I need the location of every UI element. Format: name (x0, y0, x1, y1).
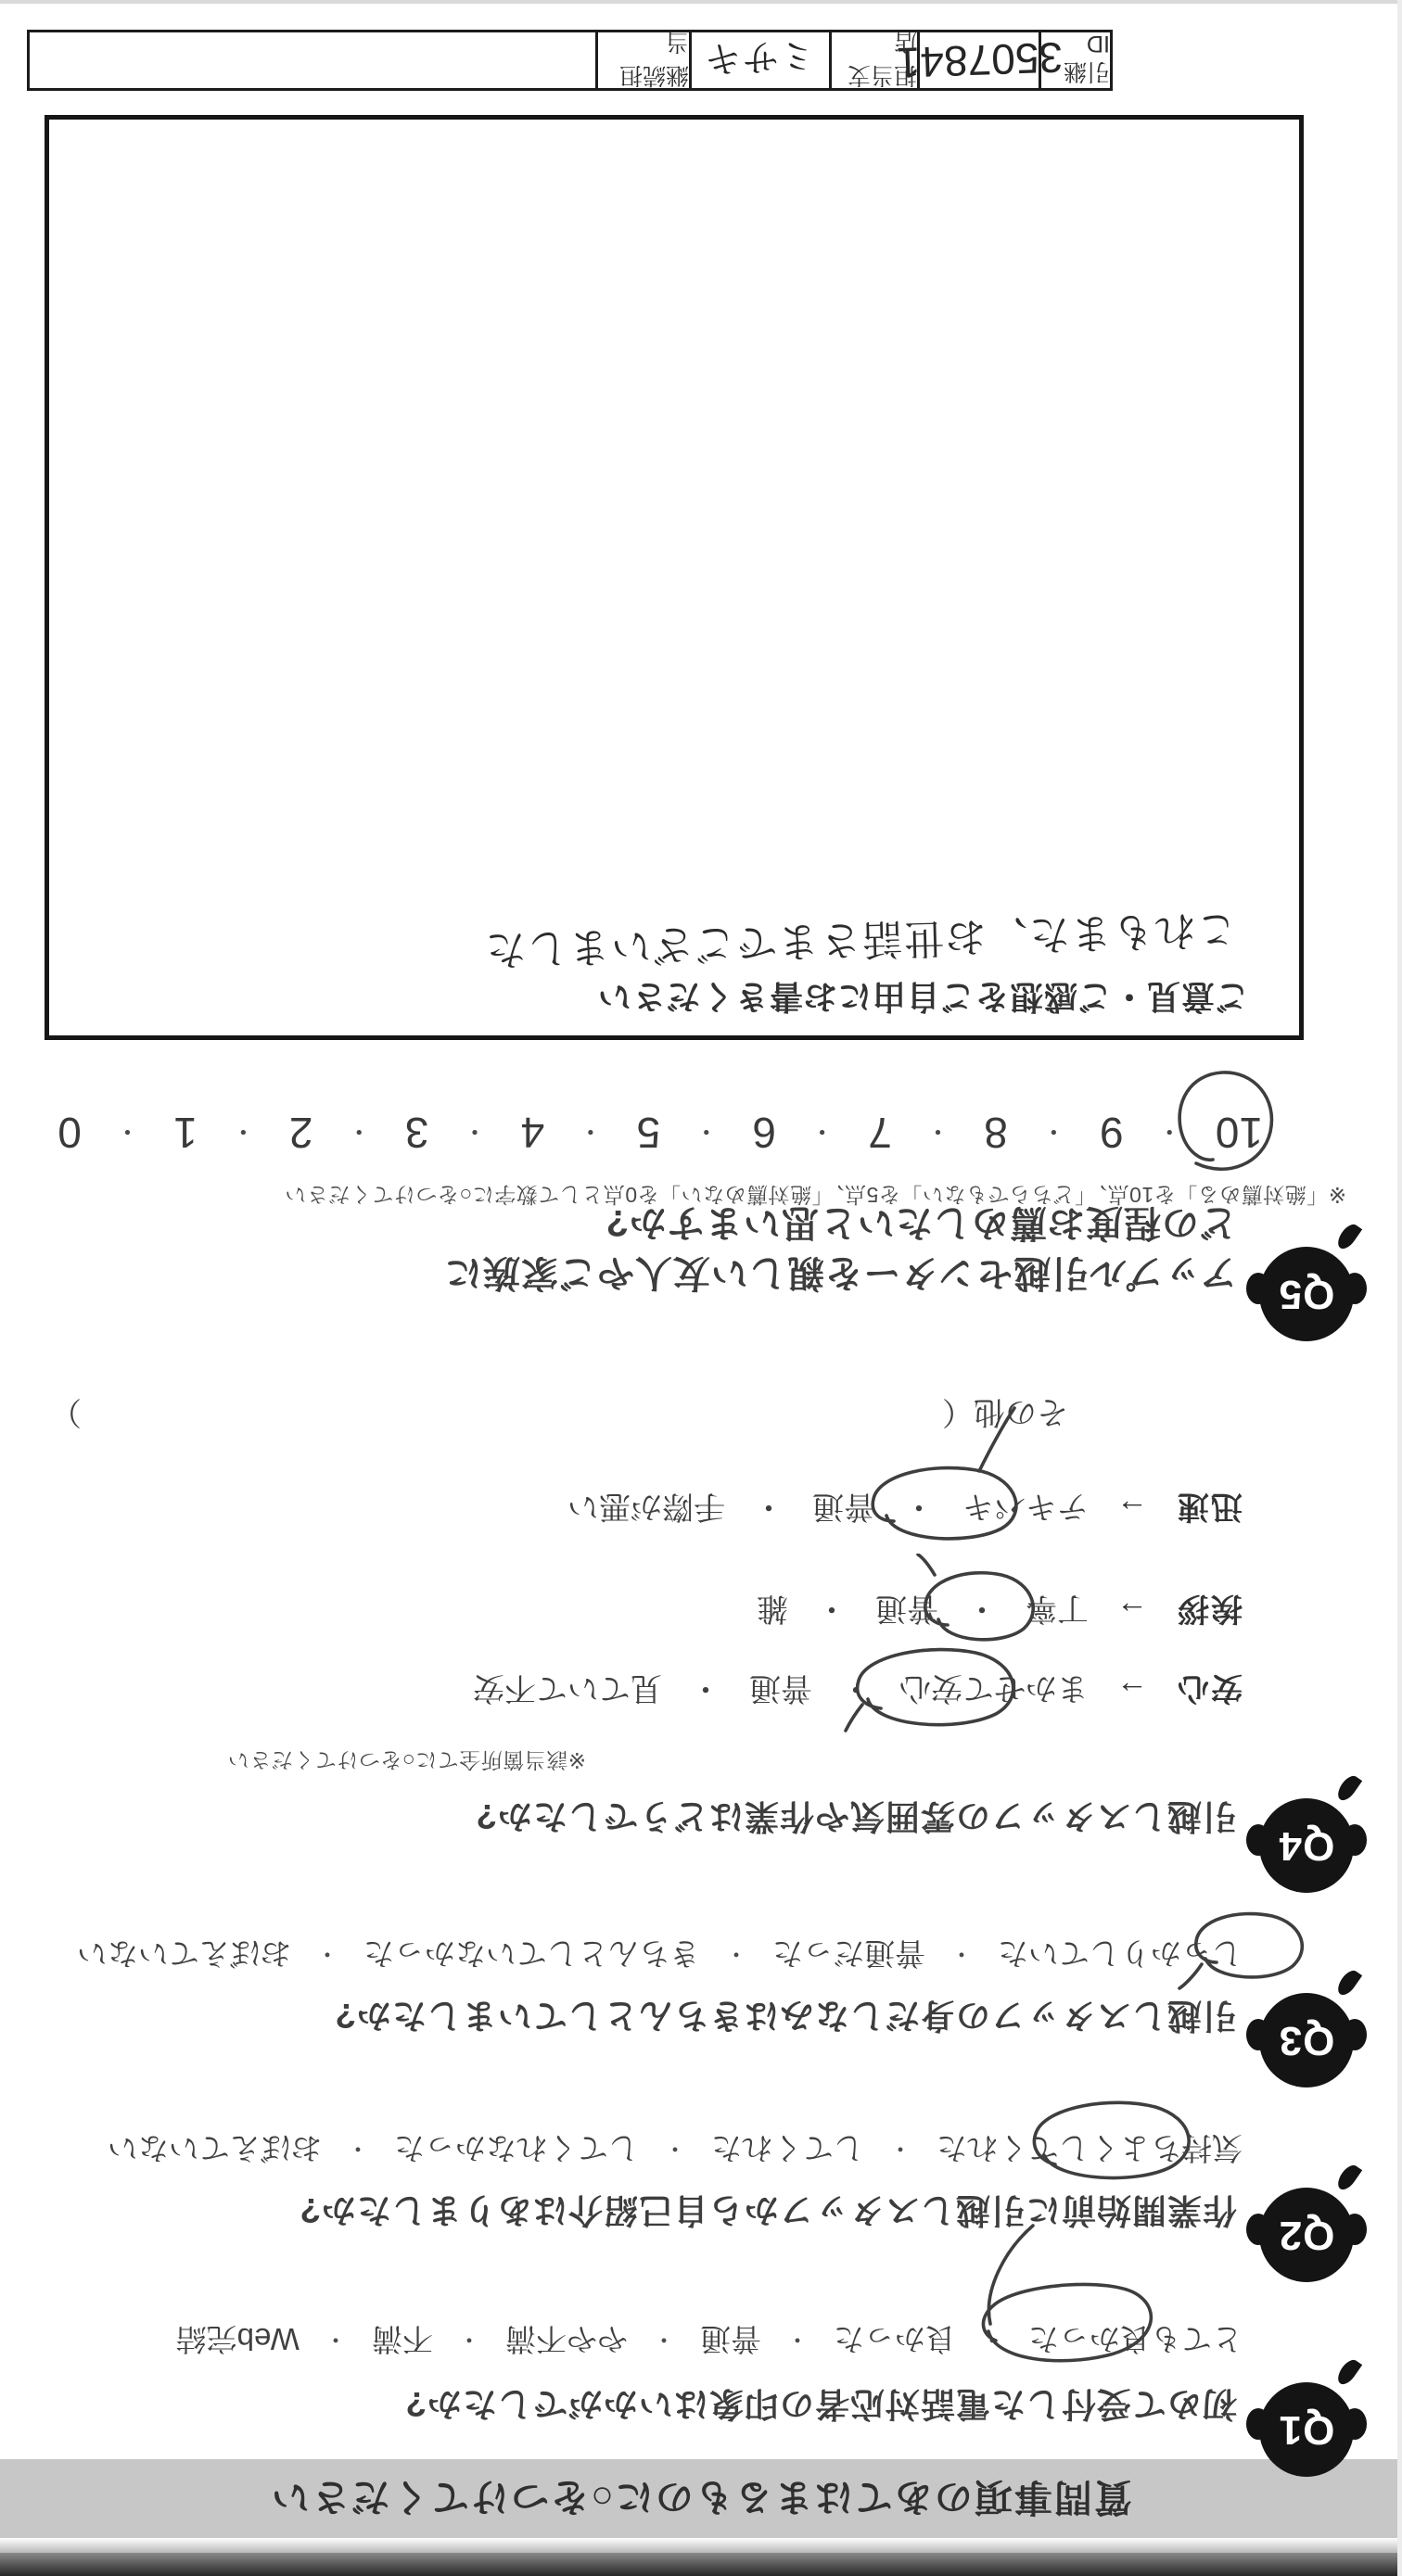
q2-icon-ear-right (1246, 2214, 1270, 2245)
q4-icon-ear-right (1246, 1824, 1270, 1856)
feedback-box[interactable]: ご意見・ご感想をご自由にお書きください これもまた、お世話さまでございました (45, 115, 1304, 1040)
scale-1[interactable]: 1 (173, 1108, 198, 1158)
branch-label-cell: 担当支店 (829, 32, 917, 88)
bullet-icon: ・ (1040, 1114, 1066, 1151)
q4-row-jinsoku-label: 迅速 (1176, 1487, 1243, 1532)
bullet-icon: ・ (785, 2324, 809, 2358)
q4-other-input-area[interactable] (95, 1386, 929, 1428)
scale-0[interactable]: 0 (57, 1108, 82, 1158)
q3-option-oboeteinai[interactable]: おぼえていない (77, 1934, 291, 1977)
q3-icon: Q3 (1259, 1993, 1354, 2087)
bullet-icon: ・ (230, 1114, 256, 1151)
bullet-icon: ・ (652, 2324, 676, 2358)
q4-row-anshin-label: 安心 (1176, 1669, 1243, 1714)
q5-scale: 10 ・ 9 ・ 8 ・ 7 ・ 6 ・ 5 ・ 4 ・ 3 ・ 2 ・ 1 ・… (57, 1108, 1263, 1158)
q3-option-kichinto-nakatta[interactable]: きちんとしていなかった (363, 1934, 700, 1977)
q2-icon: Q2 (1259, 2188, 1354, 2282)
scan-edge-top (0, 0, 1402, 4)
bullet-icon: ・ (753, 1487, 784, 1532)
bullet-icon: ・ (663, 2133, 687, 2167)
q5-question-line1: アップル引越センターを親しい友人やご家族に (444, 1250, 1237, 1302)
q1-option-futsuu[interactable]: 普通 (700, 2319, 761, 2363)
q1-icon-ear-left (1343, 2408, 1367, 2440)
bullet-icon: ・ (724, 1938, 748, 1973)
pen-circle-q2 (1018, 2087, 1204, 2198)
q3-icon-ear-left (1343, 2019, 1367, 2050)
q4-note: ※該当箇所全てに○をつけてください (227, 1746, 586, 1777)
scale-8[interactable]: 8 (984, 1108, 1008, 1158)
q4-icon: Q4 (1259, 1798, 1354, 1893)
q4-option-zatsu[interactable]: 雑 (757, 1589, 788, 1634)
q5-icon-ear-left (1343, 1273, 1367, 1304)
q4-option-miteite-fuan[interactable]: 見ていて不安 (473, 1669, 662, 1714)
bullet-icon: ・ (690, 1669, 721, 1714)
scale-7[interactable]: 7 (868, 1108, 892, 1158)
bullet-icon: ・ (924, 1114, 950, 1151)
feedback-box-label: ご意見・ご感想をご自由にお書きください (597, 975, 1249, 1022)
arrow-right-icon: → (1116, 1673, 1148, 1709)
arrow-right-icon: → (1116, 1491, 1148, 1528)
bullet-icon: ・ (578, 1114, 604, 1151)
q4-option-tegiwa-warui[interactable]: 手際が悪い (567, 1487, 725, 1532)
q1-option-fuman[interactable]: 不満 (372, 2319, 433, 2363)
scale-5[interactable]: 5 (637, 1108, 661, 1158)
q2-option-shitekurenakatta[interactable]: してくれなかった (394, 2128, 639, 2172)
bullet-icon: ・ (694, 1114, 720, 1151)
scale-4[interactable]: 4 (521, 1108, 545, 1158)
q2-option-oboeteinai[interactable]: おぼえていない (108, 2128, 322, 2172)
q2-icon-label: Q2 (1279, 2212, 1335, 2258)
scale-2[interactable]: 2 (289, 1108, 313, 1158)
handover-id-value: 3507841 (896, 32, 1064, 88)
section-header-label: 質問事項のあてはまるものに○をつけてください (270, 2474, 1132, 2529)
scan-edge-bottom (0, 2553, 1402, 2576)
handwritten-comment: これもまた、お世話さまでございました (483, 903, 1238, 984)
q5-icon-label: Q5 (1279, 1271, 1335, 1317)
q1-option-yaya-fuman[interactable]: やや不満 (505, 2319, 628, 2363)
bullet-icon: ・ (816, 1589, 848, 1634)
q3-option-futsuudatta[interactable]: 普通だった (772, 1934, 925, 1977)
scan-edge-right (1397, 0, 1402, 2576)
q5-icon-tail (1334, 1221, 1362, 1252)
continuing-rep-label: 継続担当 (598, 27, 689, 94)
q1-icon-ear-right (1246, 2408, 1270, 2440)
q4-question: 引越しスタッフの雰囲気や作業はどうでしたか? (475, 1795, 1237, 1845)
scale-3[interactable]: 3 (405, 1108, 429, 1158)
q2-icon-ear-left (1343, 2214, 1367, 2245)
q1-question: 初めて受付した電話対応者の印象はいかがでしたか? (404, 2382, 1237, 2432)
q4-other-close-paren: ） (50, 1392, 82, 1438)
bullet-icon: ・ (888, 2133, 912, 2167)
bullet-icon: ・ (324, 2324, 348, 2358)
bullet-icon: ・ (346, 1114, 372, 1151)
q1-option-web[interactable]: Web完結 (176, 2319, 300, 2363)
q1-icon-label: Q1 (1279, 2406, 1335, 2453)
continuing-rep-label-cell: 継続担当 (595, 32, 689, 88)
pen-circle-teinei (909, 1554, 1048, 1660)
arrow-right-icon: → (1116, 1593, 1148, 1630)
q2-option-shitekureta[interactable]: してくれた (711, 2128, 864, 2172)
pen-circle-q3 (1178, 1898, 1317, 1996)
bullet-icon: ・ (315, 1938, 339, 1973)
scale-6[interactable]: 6 (752, 1108, 776, 1158)
survey-sheet: 質問事項のあてはまるものに○をつけてください Q1 初めて受付した電話対応者の印… (0, 0, 1402, 2576)
q3-icon-label: Q3 (1279, 2017, 1335, 2063)
bullet-icon: ・ (457, 2324, 481, 2358)
q4-row-aisatsu-label: 挨拶 (1176, 1589, 1243, 1634)
q4-other-label: その他（ (942, 1392, 1068, 1438)
handover-id-value-cell[interactable]: 3507841 (917, 32, 1039, 88)
q3-options: しっかりしていた ・ 普通だった ・ きちんとしていなかった ・ おぼえていない (77, 1934, 1243, 1977)
q5-icon: Q5 (1259, 1247, 1354, 1341)
bullet-icon: ・ (346, 2133, 370, 2167)
q4-icon-tail (1334, 1772, 1362, 1804)
pen-circle-scale-10 (1165, 1060, 1285, 1180)
q4-icon-label: Q4 (1279, 1822, 1335, 1869)
scan-edge-bottom-fade (0, 2538, 1402, 2553)
q4-icon-ear-left (1343, 1824, 1367, 1856)
q1-icon-tail (1334, 2356, 1362, 2388)
q4-option-anshin-futsuu[interactable]: 普通 (749, 1669, 812, 1714)
bullet-icon: ・ (950, 1938, 974, 1973)
bullet-icon: ・ (114, 1114, 140, 1151)
q3-icon-ear-right (1246, 2019, 1270, 2050)
scale-9[interactable]: 9 (1100, 1108, 1124, 1158)
bullet-icon: ・ (462, 1114, 488, 1151)
branch-value: ミサキ (704, 32, 817, 88)
q1-icon: Q1 (1259, 2382, 1354, 2477)
q2-icon-tail (1334, 2162, 1362, 2193)
q3-question: 引越しスタッフの身だしなみはきちんとしていましたか? (334, 1994, 1237, 2044)
q5-note: ※「絶対薦める」を10点、「どちらでもない」を5点、「絶対薦めない」を0点として… (285, 1181, 1346, 1212)
q3-icon-tail (1334, 1967, 1362, 1999)
q5-icon-ear-right (1246, 1273, 1270, 1304)
bullet-icon: ・ (809, 1114, 835, 1151)
branch-label: 担当支店 (832, 27, 917, 94)
branch-value-cell[interactable]: ミサキ (689, 32, 829, 88)
q1-option-yokatta[interactable]: 良かった (834, 2319, 956, 2363)
handover-id-table: 引継ID 3507841 担当支店 ミサキ 継続担当 (27, 30, 1113, 91)
continuing-rep-value-cell[interactable] (30, 32, 595, 88)
section-header-bar: 質問事項のあてはまるものに○をつけてください (0, 2459, 1402, 2543)
